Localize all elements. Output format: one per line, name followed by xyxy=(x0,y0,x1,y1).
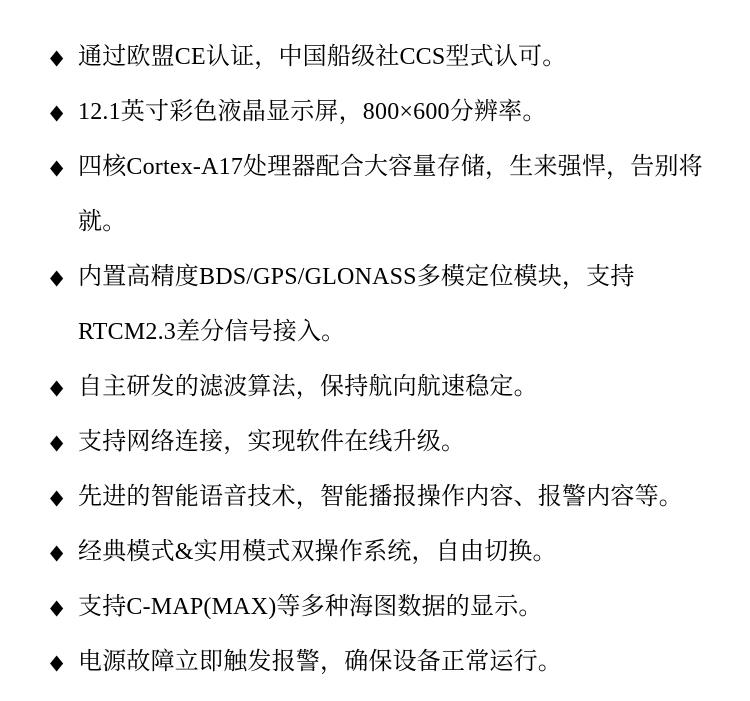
feature-text: 经典模式&实用模式双操作系统，自由切换。 xyxy=(78,525,722,580)
feature-list: ◆ 通过欧盟CE认证，中国船级社CCS型式认可。 ◆ 12.1英寸彩色液晶显示屏… xyxy=(0,0,750,690)
diamond-bullet-icon: ◆ xyxy=(50,635,73,690)
feature-item: ◆ 经典模式&实用模式双操作系统，自由切换。 xyxy=(50,525,722,580)
diamond-bullet-icon: ◆ xyxy=(50,30,73,85)
diamond-bullet-icon: ◆ xyxy=(50,85,73,140)
feature-text: 电源故障立即触发报警，确保设备正常运行。 xyxy=(78,635,722,690)
feature-text: 内置高精度BDS/GPS/GLONASS多模定位模块，支持RTCM2.3差分信号… xyxy=(78,250,722,360)
feature-item: ◆ 12.1英寸彩色液晶显示屏，800×600分辨率。 xyxy=(50,85,722,140)
diamond-bullet-icon: ◆ xyxy=(50,415,73,470)
diamond-bullet-icon: ◆ xyxy=(50,140,73,195)
feature-item: ◆ 支持网络连接，实现软件在线升级。 xyxy=(50,415,722,470)
feature-text: 四核Cortex-A17处理器配合大容量存储，生来强悍，告别将就。 xyxy=(78,140,722,250)
feature-item: ◆ 内置高精度BDS/GPS/GLONASS多模定位模块，支持RTCM2.3差分… xyxy=(50,250,722,360)
diamond-bullet-icon: ◆ xyxy=(50,250,73,305)
feature-item: ◆ 四核Cortex-A17处理器配合大容量存储，生来强悍，告别将就。 xyxy=(50,140,722,250)
feature-item: ◆ 自主研发的滤波算法，保持航向航速稳定。 xyxy=(50,360,722,415)
feature-text: 自主研发的滤波算法，保持航向航速稳定。 xyxy=(78,360,722,415)
feature-item: ◆ 电源故障立即触发报警，确保设备正常运行。 xyxy=(50,635,722,690)
diamond-bullet-icon: ◆ xyxy=(50,580,73,635)
feature-text: 支持网络连接，实现软件在线升级。 xyxy=(78,415,722,470)
feature-text: 支持C-MAP(MAX)等多种海图数据的显示。 xyxy=(78,580,722,635)
feature-text: 先进的智能语音技术，智能播报操作内容、报警内容等。 xyxy=(78,470,722,525)
feature-text: 12.1英寸彩色液晶显示屏，800×600分辨率。 xyxy=(78,85,722,140)
diamond-bullet-icon: ◆ xyxy=(50,470,73,525)
feature-text: 通过欧盟CE认证，中国船级社CCS型式认可。 xyxy=(78,30,722,85)
feature-item: ◆ 支持C-MAP(MAX)等多种海图数据的显示。 xyxy=(50,580,722,635)
diamond-bullet-icon: ◆ xyxy=(50,525,73,580)
diamond-bullet-icon: ◆ xyxy=(50,360,73,415)
feature-item: ◆ 通过欧盟CE认证，中国船级社CCS型式认可。 xyxy=(50,30,722,85)
feature-item: ◆ 先进的智能语音技术，智能播报操作内容、报警内容等。 xyxy=(50,470,722,525)
